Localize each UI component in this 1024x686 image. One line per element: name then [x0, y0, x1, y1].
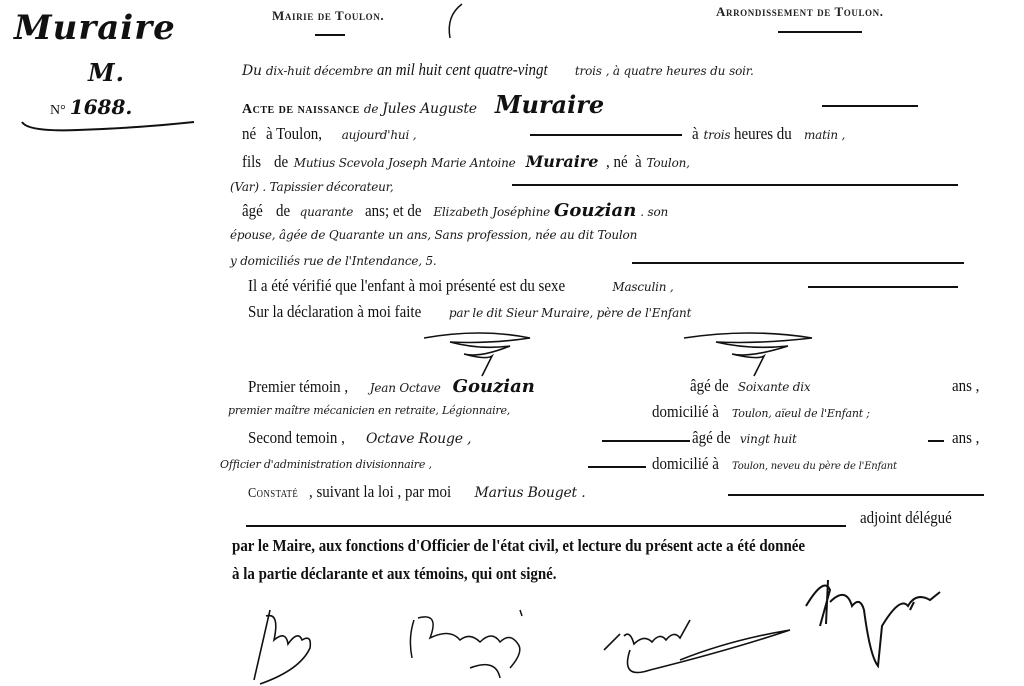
line4-fils: fils — [242, 152, 261, 172]
witness1-surname: Gouzian — [453, 376, 535, 397]
mother-details-hand: épouse, âgée de Quarante un ans, Sans pr… — [230, 228, 637, 242]
flourish-right — [680, 330, 820, 380]
witness1-age-hand: Soixante dix — [738, 380, 811, 394]
signature-3 — [590, 610, 810, 686]
witness2-domicile-label: domicilié à — [652, 454, 719, 474]
header-paren-mark — [440, 2, 470, 42]
line2-of: de — [364, 102, 378, 116]
witness2-occupation: Officier d'administration divisionnaire … — [220, 458, 432, 471]
witness1-label: Premier témoin , — [248, 377, 348, 397]
mother-surname: Gouzian — [554, 200, 636, 221]
constat-label: Constaté — [248, 486, 298, 502]
father-given-names: Mutius Scevola Joseph Marie Antoine — [294, 156, 516, 170]
line3-heures: heures du — [734, 124, 792, 144]
father-age-hand: quarante — [300, 205, 354, 219]
sex-verification-printed: Il a été vérifié que l'enfant à moi prés… — [248, 276, 565, 296]
birth-date-hand: dix-huit décembre — [266, 64, 373, 78]
act-line-4: fils de Mutius Scevola Joseph Marie Anto… — [242, 152, 690, 172]
line6-son: . son — [640, 205, 668, 219]
signature-1 — [240, 600, 330, 686]
line4-a: à — [635, 152, 642, 172]
witness1-line: Premier témoin , Jean Octave Gouzian — [248, 376, 535, 397]
closing-line-1: par le Maire, aux fonctions d'Officier d… — [232, 536, 805, 556]
witness2-ans: ans , — [952, 428, 979, 448]
adjoint-fill-rule — [246, 525, 846, 527]
act-line-3-right: à trois heures du matin , — [692, 124, 845, 144]
father-occupation-hand: (Var) . Tapissier décorateur, — [230, 180, 394, 194]
signature-officer — [790, 566, 970, 676]
parents-domicile-hand: y domiciliés rue de l'Intendance, 5. — [230, 254, 437, 268]
line5-fill-rule — [512, 184, 958, 186]
year-hand: trois — [575, 64, 602, 78]
margin-surname: Muraire — [14, 8, 176, 48]
witness1-given-names: Jean Octave — [370, 381, 441, 395]
constat-line: Constaté , suivant la loi , par moi Mari… — [248, 482, 585, 502]
witness2-domicile: domicilié à Toulon, neveu du père de l'E… — [652, 454, 897, 474]
signature-2 — [400, 598, 550, 686]
witness2-age-hand: vingt huit — [740, 432, 797, 446]
declarant-hand: par le dit Sieur Muraire, père de l'Enfa… — [449, 306, 691, 320]
act-label: Acte de naissance — [242, 102, 360, 117]
line3-toulon: à Toulon, — [266, 124, 322, 144]
line3-ne: né — [242, 124, 256, 144]
hour-hand: , à quatre heures du — [606, 64, 725, 78]
witness1-age-label: âgé de — [690, 376, 729, 396]
line6-age: âgé — [242, 201, 263, 221]
margin-mark: M. — [88, 58, 125, 87]
father-surname: Muraire — [526, 152, 599, 171]
act-line-10: Sur la déclaration à moi faite par le di… — [248, 302, 691, 322]
witness2-age: âgé de vingt huit — [692, 428, 797, 448]
line3-a: à — [692, 124, 699, 144]
witness2-fill-rule — [602, 440, 690, 442]
birth-period-hand: matin , — [804, 128, 845, 142]
act-line-3: né à Toulon, aujourd'hui , — [242, 124, 416, 144]
line4-ne: , né — [606, 152, 628, 172]
officer-name-hand: Marius Bouget . — [474, 485, 585, 501]
line6-ans-et-de: ans; et de — [365, 201, 421, 221]
witness2-line: Second temoin , Octave Rouge , — [248, 428, 471, 448]
line6-de: de — [276, 201, 290, 221]
witness2-age-label: âgé de — [692, 428, 731, 448]
line2-fill-rule — [822, 105, 918, 107]
witness1-domicile: domicilié à Toulon, aïeul de l'Enfant ; — [652, 402, 870, 422]
mother-given-names: Elizabeth Joséphine — [433, 205, 550, 219]
constat-fill-rule — [728, 494, 984, 496]
act-line-2: Acte de naissance de Jules Auguste Murai… — [242, 90, 604, 119]
child-sex-hand: Masculin , — [612, 280, 673, 294]
witness1-age: âgé de Soixante dix — [690, 376, 810, 396]
witness1-domicile-label: domicilié à — [652, 402, 719, 422]
act-line-1: Du dix-huit décembre an mil huit cent qu… — [242, 60, 754, 80]
line4-de: de — [274, 152, 288, 172]
witness2-age-dash — [928, 440, 944, 442]
flourish-left — [420, 330, 540, 380]
line9-fill-rule — [808, 286, 958, 288]
header-arrondissement: Arrondissement de Toulon. — [716, 4, 884, 20]
period-hand: soir. — [729, 64, 753, 78]
birth-when-hand: aujourd'hui , — [342, 128, 417, 142]
declaration-printed: Sur la déclaration à moi faite — [248, 302, 421, 322]
line8-fill-rule — [632, 262, 964, 264]
witness1-domicile-hand: Toulon, aïeul de l'Enfant ; — [732, 407, 870, 420]
closing-line-2: à la partie déclarante et aux témoins, q… — [232, 564, 557, 584]
line3-fill-rule — [530, 134, 682, 136]
header-right-rule — [778, 31, 862, 33]
act-line-6: âgé de quarante ans; et de Elizabeth Jos… — [242, 200, 668, 221]
child-surname: Muraire — [495, 90, 604, 119]
act-line-9: Il a été vérifié que l'enfant à moi prés… — [248, 276, 673, 296]
header-mairie: Mairie de Toulon. — [272, 8, 384, 24]
witness2-name: Octave Rouge , — [366, 431, 471, 447]
witness2-label: Second temoin , — [248, 428, 345, 448]
adjoint-delegue: adjoint délégué — [860, 508, 952, 528]
witness1-occupation: premier maître mécanicien en retraite, L… — [228, 404, 510, 417]
father-birthplace-hand: Toulon, — [647, 156, 690, 170]
line1-prefix: Du — [242, 63, 262, 79]
child-given-names: Jules Auguste — [382, 101, 477, 117]
witness1-ans: ans , — [952, 376, 979, 396]
witness2-occupation-rule — [588, 466, 646, 468]
header-left-rule — [315, 34, 345, 36]
constat-printed: , suivant la loi , par moi — [309, 482, 451, 502]
witness2-domicile-hand: Toulon, neveu du père de l'Enfant — [732, 461, 897, 472]
margin-underline-flourish — [18, 112, 198, 136]
birth-hour-hand: trois — [704, 128, 731, 142]
line1-printed: an mil huit cent quatre-vingt — [377, 60, 548, 80]
